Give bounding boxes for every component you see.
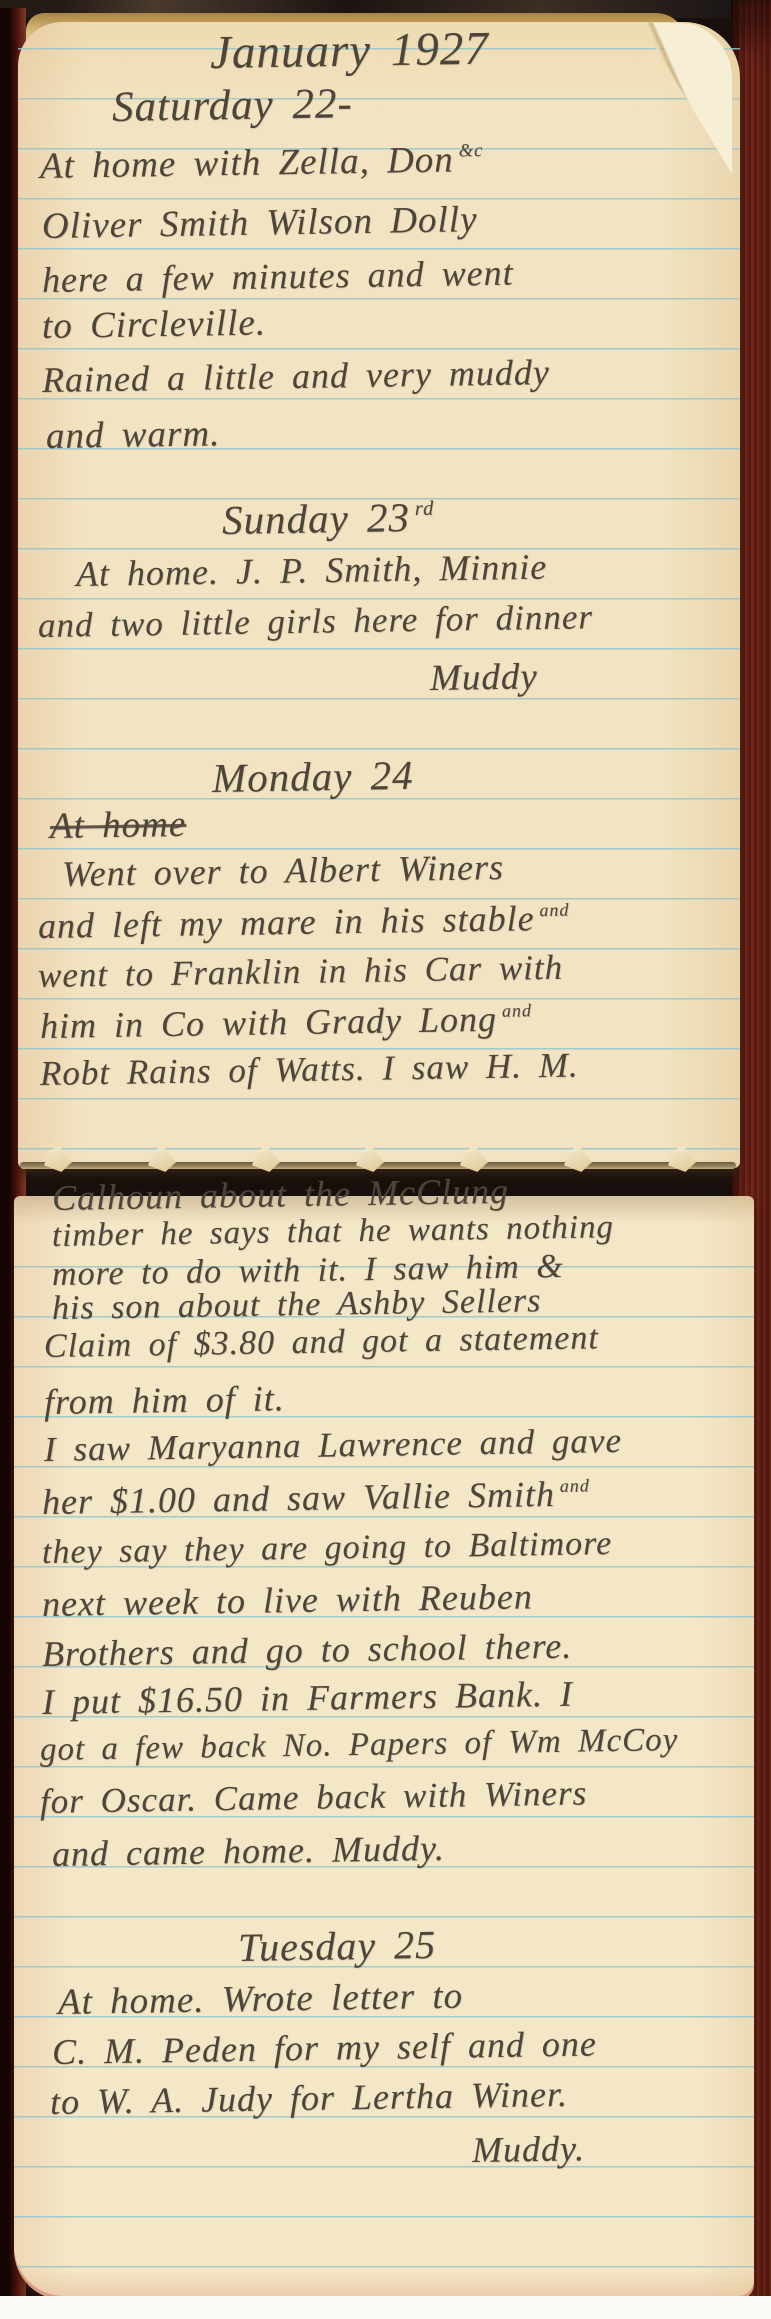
handwriting-line: next week to live with Reuben [42, 1578, 533, 1622]
handwriting-line: went to Franklin in his Car with [38, 950, 564, 993]
handwriting-line: Tuesday 25 [238, 1925, 437, 1968]
handwriting-line: Muddy [430, 658, 538, 697]
handwriting-line: here a few minutes and went [42, 255, 514, 298]
superscript-note: rd [415, 497, 435, 519]
handwriting-line: from him of it. [44, 1380, 285, 1420]
handwriting-line: to Circleville. [42, 304, 267, 345]
handwriting-line: his son about the Ashby Sellers [52, 1284, 542, 1326]
handwriting-line: At home with Zella, Don&c [40, 141, 484, 185]
handwriting-line: to W. A. Judy for Lertha Winer. [50, 2076, 569, 2120]
superscript-note: and [539, 899, 569, 919]
handwriting-line: Went over to Albert Winers [62, 849, 504, 892]
handwriting-line: Saturday 22- [112, 82, 353, 129]
handwriting-line: timber he says that he wants nothing [52, 1211, 614, 1253]
handwriting-line: and left my mare in his stableand [38, 900, 570, 944]
superscript-note: and [502, 1000, 532, 1020]
handwriting-line: for Oscar. Came back with Winers [40, 1775, 588, 1819]
handwriting-line: C. M. Peden for my self and one [52, 2025, 597, 2070]
handwriting-line: her $1.00 and saw Vallie Smithand [42, 1475, 590, 1520]
handwriting-line: Calhoun about the McClung [52, 1173, 509, 1216]
superscript-note: &c [458, 141, 483, 161]
handwriting-line: Sunday 23rd [222, 497, 435, 541]
superscript-note: and [560, 1475, 590, 1495]
handwriting-line: I saw Maryanna Lawrence and gave [44, 1423, 622, 1467]
handwriting-line: Monday 24 [212, 755, 414, 799]
handwriting-line: Brothers and go to school there. [42, 1628, 573, 1672]
handwriting-layer: January 1927Saturday 22-At home with Zel… [0, 0, 771, 2319]
handwriting-line: Muddy. [472, 2130, 586, 2168]
handwriting-line: January 1927 [210, 26, 489, 77]
handwriting-line: At home. J. P. Smith, Minnie [76, 549, 548, 592]
diary-scan: January 1927Saturday 22-At home with Zel… [0, 0, 771, 2319]
handwriting-line: At home. Wrote letter to [58, 1978, 464, 2021]
handwriting-line: Rained a little and very muddy [42, 354, 550, 398]
handwriting-line: and warm. [46, 415, 221, 455]
handwriting-line: Oliver Smith Wilson Dolly [42, 201, 478, 245]
handwriting-line: him in Co with Grady Longand [40, 1000, 533, 1044]
handwriting-line: At home [50, 806, 187, 845]
handwriting-line: Claim of $3.80 and got a statement [44, 1321, 599, 1364]
handwriting-line: got a few back No. Papers of Wm McCoy [40, 1724, 679, 1767]
handwriting-line: they say they are going to Baltimore [42, 1527, 613, 1570]
handwriting-line: and came home. Muddy. [52, 1830, 445, 1872]
handwriting-line: Robt Rains of Watts. I saw H. M. [40, 1048, 579, 1091]
handwriting-line: and two little girls here for dinner [38, 599, 594, 643]
handwriting-line: I put $16.50 in Farmers Bank. I [42, 1676, 573, 1720]
